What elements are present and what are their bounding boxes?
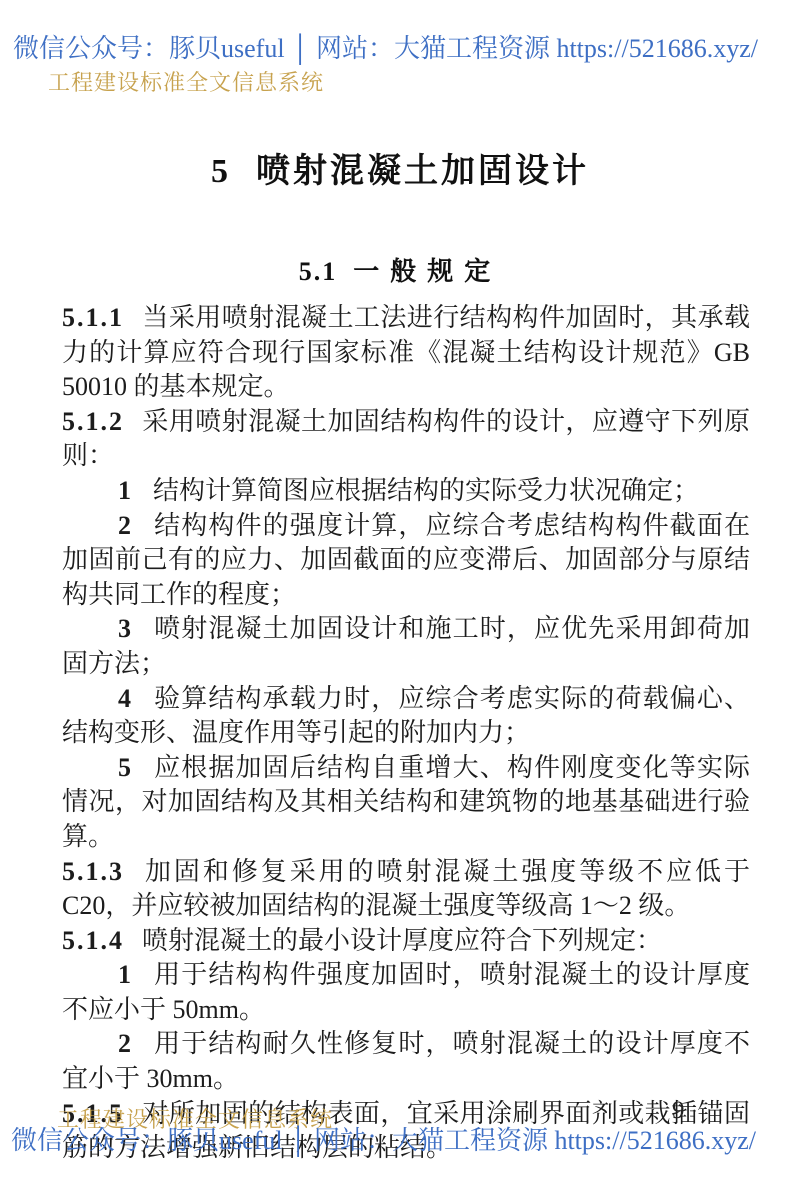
clause-text: 结构计算简图应根据结构的实际受力状况确定； [153,476,699,505]
clause-text: 结构构件的强度计算，应综合考虑结构构件截面在加固前己有的应力、加固截面的应变滞后… [62,511,750,609]
clause-sub-item: 2结构构件的强度计算，应综合考虑结构构件截面在加固前己有的应力、加固截面的应变滞… [62,509,750,613]
clause-label: 2 [118,511,131,540]
clause-sub-item: 2用于结构耐久性修复时，喷射混凝土的设计厚度不宜小于 30mm。 [62,1027,750,1096]
section-heading: 5.1一般规定 [0,251,800,288]
clause-paragraph: 5.1.3加固和修复采用的喷射混凝土强度等级不应低于 C20，并应较被加固结构的… [62,855,750,924]
clause-sub-item: 1结构计算简图应根据结构的实际受力状况确定； [62,474,750,509]
clause-text: 采用喷射混凝土加固结构构件的设计，应遵守下列原则： [62,407,750,471]
section-number: 5.1 [299,257,338,286]
chapter-title: 5喷射混凝土加固设计 [0,143,800,192]
clause-paragraph: 5.1.1当采用喷射混凝土工法进行结构构件加固时，其承载力的计算应符合现行国家标… [62,301,750,405]
clause-text: 验算结构承载力时，应综合考虑实际的荷载偏心、结构变形、温度作用等引起的附加内力； [62,684,750,748]
clause-label: 4 [118,684,131,713]
clause-text: 应根据加固后结构自重增大、构件刚度变化等实际情况，对加固结构及其相关结构和建筑物… [62,753,750,851]
clause-text: 用于结构耐久性修复时，喷射混凝土的设计厚度不宜小于 30mm。 [62,1029,750,1093]
clause-text: 喷射混凝土加固设计和施工时，应优先采用卸荷加固方法； [62,614,750,678]
clause-paragraph: 5.1.4喷射混凝土的最小设计厚度应符合下列规定： [62,924,750,959]
section-name: 一般规定 [353,257,501,286]
clause-label: 1 [118,476,131,505]
document-page: 微信公众号：豚贝useful │ 网站：大猫工程资源 https://52168… [0,0,800,1203]
clause-text: 加固和修复采用的喷射混凝土强度等级不应低于 C20，并应较被加固结构的混凝土强度… [62,857,750,921]
clause-sub-item: 3喷射混凝土加固设计和施工时，应优先采用卸荷加固方法； [62,612,750,681]
clause-text: 用于结构构件强度加固时，喷射混凝土的设计厚度不应小于 50mm。 [62,960,750,1024]
clause-label: 5.1.2 [62,407,124,436]
chapter-number: 5 [211,153,228,190]
clause-label: 2 [118,1029,131,1058]
clause-text: 当采用喷射混凝土工法进行结构构件加固时，其承载力的计算应符合现行国家标准《混凝土… [62,303,750,401]
clause-paragraph: 5.1.2采用喷射混凝土加固结构构件的设计，应遵守下列原则： [62,405,750,474]
watermark-bottom: 微信公众号：豚贝useful │ 网站：大猫工程资源 https://52168… [11,1120,756,1157]
clause-label: 5.1.1 [62,303,124,332]
clause-sub-item: 5应根据加固后结构自重增大、构件刚度变化等实际情况，对加固结构及其相关结构和建筑… [62,751,750,855]
clause-label: 3 [118,614,131,643]
clause-label: 1 [118,960,131,989]
clause-text: 喷射混凝土的最小设计厚度应符合下列规定： [142,926,662,955]
clause-label: 5.1.3 [62,857,124,886]
page-number: 9 [672,1097,685,1125]
clause-label: 5.1.4 [62,926,124,955]
clause-label: 5 [118,753,131,782]
clause-sub-item: 4验算结构承载力时，应综合考虑实际的荷载偏心、结构变形、温度作用等引起的附加内力… [62,682,750,751]
chapter-name: 喷射混凝土加固设计 [256,153,589,190]
watermark-top: 微信公众号：豚贝useful │ 网站：大猫工程资源 https://52168… [13,28,758,65]
header-system-label: 工程建设标准全文信息系统 [48,66,324,97]
clause-sub-item: 1用于结构构件强度加固时，喷射混凝土的设计厚度不应小于 50mm。 [62,958,750,1027]
clause-list: 5.1.1当采用喷射混凝土工法进行结构构件加固时，其承载力的计算应符合现行国家标… [62,301,750,1166]
